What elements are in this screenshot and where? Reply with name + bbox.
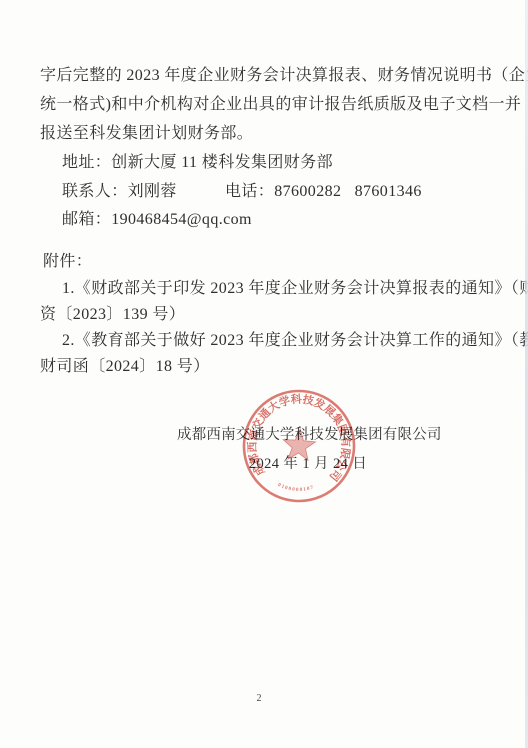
contact-email: 邮箱：190468454@qq.com (62, 210, 252, 230)
document-page: 字后完整的 2023 年度企业财务会计决算报表、财务情况说明书（企业 统一格式)… (0, 0, 528, 748)
paragraph-line-1: 字后完整的 2023 年度企业财务会计决算报表、财务情况说明书（企业 (40, 66, 528, 86)
contact-person: 联系人：刘刚蓉 (62, 182, 177, 202)
paragraph-line-3: 报送至科发集团计划财务部。 (40, 124, 253, 144)
attachment-2-line-2: 财司函〔2024〕18 号） (40, 357, 210, 377)
paragraph-line-2: 统一格式)和中介机构对企业出具的审计报告纸质版及电子文档一并 (40, 95, 521, 115)
attachment-1-line-2: 资〔2023〕139 号） (40, 305, 185, 325)
company-seal: 成都西南交通大学科技发展集团有限公司 0100000107 (235, 382, 363, 510)
attachment-1-line-1: 1.《财政部关于印发 2023 年度企业财务会计决算报表的通知》（财 (62, 279, 528, 299)
attachment-2-line-1: 2.《教育部关于做好 2023 年度企业财务会计决算工作的通知》（教 (62, 331, 528, 351)
contact-phone: 电话：87600282 87601346 (225, 182, 422, 202)
attachments-header: 附件： (43, 252, 92, 272)
seal-star-icon (282, 428, 316, 461)
contact-address: 地址：创新大厦 11 楼科发集团财务部 (62, 153, 333, 173)
svg-text:0100000107: 0100000107 (276, 482, 315, 494)
page-number: 2 (0, 693, 518, 704)
seal-serial-number: 0100000107 (276, 482, 315, 494)
